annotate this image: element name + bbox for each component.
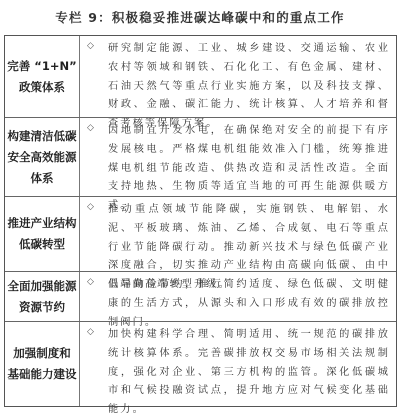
row-label-line: 加强制度和 — [8, 343, 77, 364]
row-label-line: 资源节约 — [8, 297, 77, 318]
row-label-line: 基础能力建设 — [8, 364, 77, 385]
row-label-line: 全面加强能源 — [8, 276, 77, 297]
row-label-line: 完善 “1+N” — [7, 56, 76, 77]
row-label: 构建清洁低碳 安全高效能源 体系 — [5, 118, 80, 196]
table-row: 完善 “1+N” 政策体系 ◇ 研究制定能源、工业、城乡建设、交通运输、农业农村… — [5, 36, 396, 117]
diamond-bullet-icon: ◇ — [87, 202, 94, 212]
diamond-bullet-icon: ◇ — [87, 277, 94, 287]
row-label: 完善 “1+N” 政策体系 — [5, 36, 80, 117]
row-content-text: 加快构建科学合理、简明适用、统一规范的碳排放统计核算体系。完善碳排放权交易市场相… — [108, 326, 390, 415]
row-content: ◇ 倡导勤俭节约，推行简约适度、绿色低碳、文明健康的生活方式，从源头和入口形成有… — [80, 272, 396, 321]
row-label-line: 安全高效能源 — [8, 147, 77, 168]
diamond-bullet-icon: ◇ — [87, 123, 94, 133]
row-label-line: 构建清洁低碳 — [8, 126, 77, 147]
row-content: ◇ 加快构建科学合理、简明适用、统一规范的碳排放统计核算体系。完善碳排放权交易市… — [80, 322, 396, 406]
table-row: 全面加强能源 资源节约 ◇ 倡导勤俭节约，推行简约适度、绿色低碳、文明健康的生活… — [5, 271, 396, 321]
row-label-line: 体系 — [8, 168, 77, 189]
row-label-line: 低碳转型 — [8, 234, 77, 255]
page-title: 专栏 9：积极稳妥推进碳达峰碳中和的重点工作 — [0, 8, 400, 26]
table-row: 加强制度和 基础能力建设 ◇ 加快构建科学合理、简明适用、统一规范的碳排放统计核… — [5, 321, 396, 406]
row-content: ◇ 推动重点领域节能降碳，实施钢铁、电解铝、水泥、平板玻璃、炼油、乙烯、合成氨、… — [80, 197, 396, 271]
row-content: ◇ 研究制定能源、工业、城乡建设、交通运输、农业农村等领域和钢铁、石化化工、有色… — [80, 36, 396, 117]
row-label-line: 政策体系 — [7, 77, 76, 98]
row-label: 全面加强能源 资源节约 — [5, 272, 80, 321]
diamond-bullet-icon: ◇ — [87, 41, 94, 51]
diamond-bullet-icon: ◇ — [87, 327, 94, 337]
table-row: 构建清洁低碳 安全高效能源 体系 ◇ 因地制宜开发水电，在确保绝对安全的前提下有… — [5, 117, 396, 196]
row-label: 推进产业结构 低碳转型 — [5, 197, 80, 271]
key-work-table: 完善 “1+N” 政策体系 ◇ 研究制定能源、工业、城乡建设、交通运输、农业农村… — [4, 35, 397, 407]
row-content: ◇ 因地制宜开发水电，在确保绝对安全的前提下有序发展核电。严格煤电机组能效准入门… — [80, 118, 396, 196]
row-label: 加强制度和 基础能力建设 — [5, 322, 80, 406]
table-row: 推进产业结构 低碳转型 ◇ 推动重点领域节能降碳，实施钢铁、电解铝、水泥、平板玻… — [5, 196, 396, 271]
row-label-line: 推进产业结构 — [8, 213, 77, 234]
